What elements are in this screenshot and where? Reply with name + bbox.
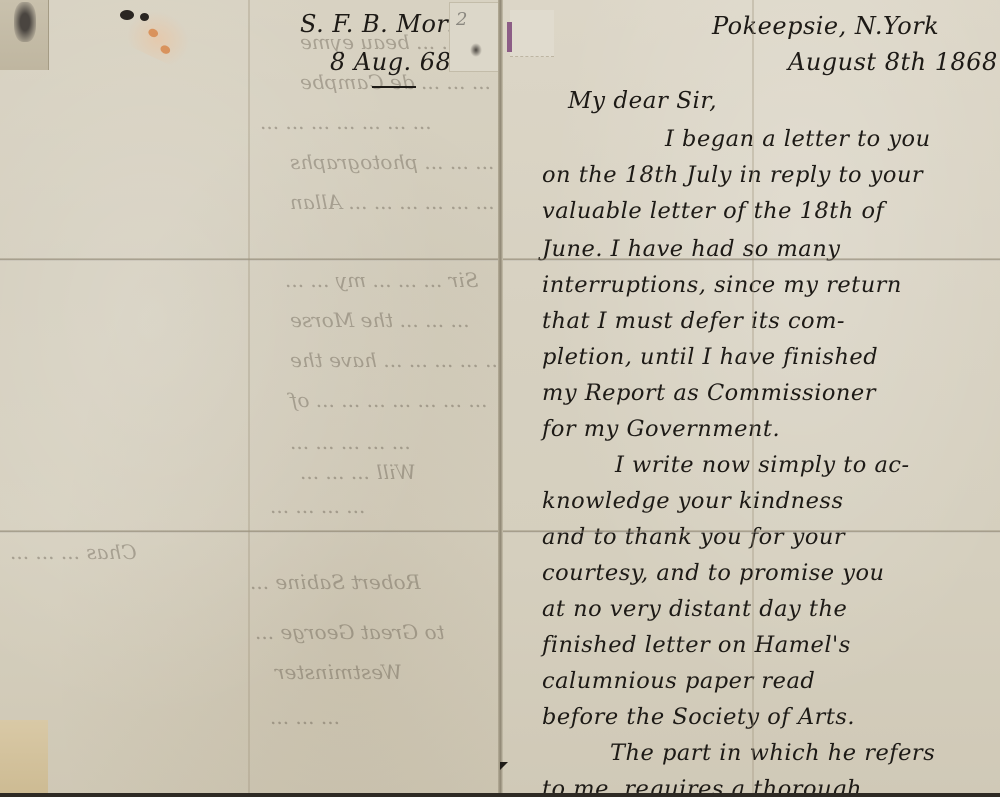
stain-dot: [159, 44, 171, 55]
bleed-line: ... ... ... ... ... have the: [290, 348, 504, 372]
bleed-line: ... ... ... ... ... ... ...: [260, 110, 432, 134]
letter-line: before the Society of Arts.: [542, 704, 855, 730]
corner-stain: [0, 0, 49, 70]
letter-line: on the 18th July in reply to your: [542, 162, 923, 188]
right-page: Pokeepsie, N.York August 8th 1868. My de…: [500, 0, 1000, 797]
letter-place: Pokeepsie, N.York: [712, 12, 939, 40]
letter-line: interruptions, since my return: [542, 272, 902, 298]
letter-line: knowledge your kindness: [542, 488, 844, 514]
bleed-line: Mr ... ... ... photographs: [290, 150, 531, 174]
ink-blot: [120, 10, 134, 20]
letter-line: my Report as Commissioner: [542, 380, 876, 406]
bleed-line: ... ... ... the Morse: [290, 308, 470, 332]
bleed-line: Chas ... ... ...: [10, 540, 137, 564]
corner-mark: [500, 762, 508, 770]
salutation: My dear Sir,: [568, 88, 717, 114]
tape-patch: 2: [449, 2, 499, 72]
left-page: le ... ... ... ... ... beau eyme ... ...…: [0, 0, 500, 797]
letter-line: calumnious paper read: [542, 668, 815, 694]
letter-line: The part in which he refers: [610, 740, 935, 766]
letter-date: August 8th 1868.: [788, 48, 1000, 76]
purple-mark: [507, 22, 512, 52]
docket-date: 8 Aug. 68: [330, 48, 451, 76]
letter-line: and to thank you for your: [542, 524, 845, 550]
bleed-line: Will ... ... ...: [300, 460, 416, 484]
bleed-line: ... ... ... ...: [270, 494, 365, 518]
corner-patch: [0, 720, 48, 793]
bleed-line: Robert Sabine ...: [250, 570, 421, 594]
stain-dot: [147, 27, 159, 38]
ink-blot: [140, 13, 149, 21]
bleed-line: Westminster: [275, 660, 402, 684]
letter-line: that I must defer its com-: [542, 308, 845, 334]
fold-line: [248, 0, 250, 797]
bleed-line: Sir ... ... ... my ... ...: [285, 268, 478, 292]
bleed-line: ... ... ... ... ...: [290, 430, 411, 454]
stamp-remnant: [510, 10, 554, 57]
docket-underline: [372, 86, 416, 88]
bleed-line: ... ... ... ... ... ... ... of: [290, 388, 487, 412]
fold-line: [752, 0, 754, 797]
bleed-line: ... ... ... ... ... ... Allan: [290, 190, 495, 214]
letter-line: valuable letter of the 18th of: [542, 198, 884, 224]
pencil-mark: 2: [456, 9, 467, 30]
scan-edge: [0, 793, 1000, 797]
ink-smudge: [470, 43, 482, 57]
letter-line: I write now simply to ac-: [615, 452, 910, 478]
letter-line: I began a letter to you: [665, 126, 931, 152]
letter-scan: le ... ... ... ... ... beau eyme ... ...…: [0, 0, 1000, 797]
letter-line: finished letter on Hamel's: [542, 632, 851, 658]
wax-stain: [121, 1, 198, 70]
ink-blot: [14, 2, 36, 42]
letter-line: pletion, until I have finished: [542, 344, 878, 370]
page-gutter: [498, 0, 503, 797]
letter-line: at no very distant day the: [542, 596, 847, 622]
letter-line: courtesy, and to promise you: [542, 560, 885, 586]
letter-line: for my Government.: [542, 416, 780, 442]
bleed-line: to Great George ...: [255, 620, 445, 644]
bleed-line: ... ... ...: [270, 705, 340, 729]
